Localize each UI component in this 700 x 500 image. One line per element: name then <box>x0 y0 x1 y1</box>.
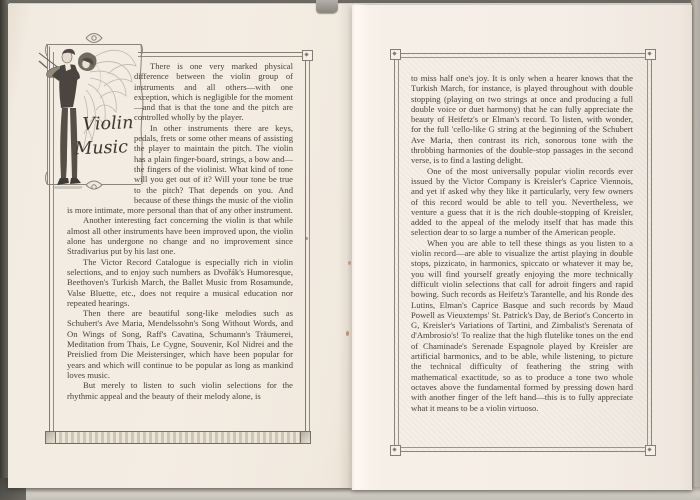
paragraph: The Victor Record Catalogue is especiall… <box>67 257 293 308</box>
frame-corner-ornament <box>645 445 656 456</box>
left-frame-right-rule <box>305 52 310 433</box>
right-page-text: to miss half one's joy. It is only when … <box>411 73 633 431</box>
frame-corner-ornament <box>645 49 656 60</box>
book-cover-right-edge <box>691 0 700 500</box>
scanned-book-spread: Violin Music There is one very marked ph… <box>0 0 700 500</box>
molding-corner <box>300 431 311 444</box>
vignette-spacer <box>67 61 134 196</box>
paragraph: Then there are beautiful song-like melod… <box>67 308 293 380</box>
foxing-spot <box>348 261 351 265</box>
paragraph: to miss half one's joy. It is only when … <box>411 73 633 166</box>
foxing-spot <box>346 331 349 336</box>
frame-corner-ornament <box>302 50 313 61</box>
molding-corner <box>45 431 56 444</box>
left-page-text: There is one very marked physical differ… <box>67 61 293 433</box>
frame-corner-ornament <box>390 49 401 60</box>
spine-clip <box>316 0 338 13</box>
paragraph: Another interesting fact concerning the … <box>67 215 293 256</box>
frame-corner-ornament <box>390 445 401 456</box>
paragraph: But merely to listen to such violin sele… <box>67 380 293 401</box>
left-frame-top-rule <box>138 52 308 57</box>
page-gutter <box>338 4 368 489</box>
paragraph: One of the most universally popular viol… <box>411 166 633 238</box>
paragraph: When you are able to tell these things a… <box>411 238 633 413</box>
